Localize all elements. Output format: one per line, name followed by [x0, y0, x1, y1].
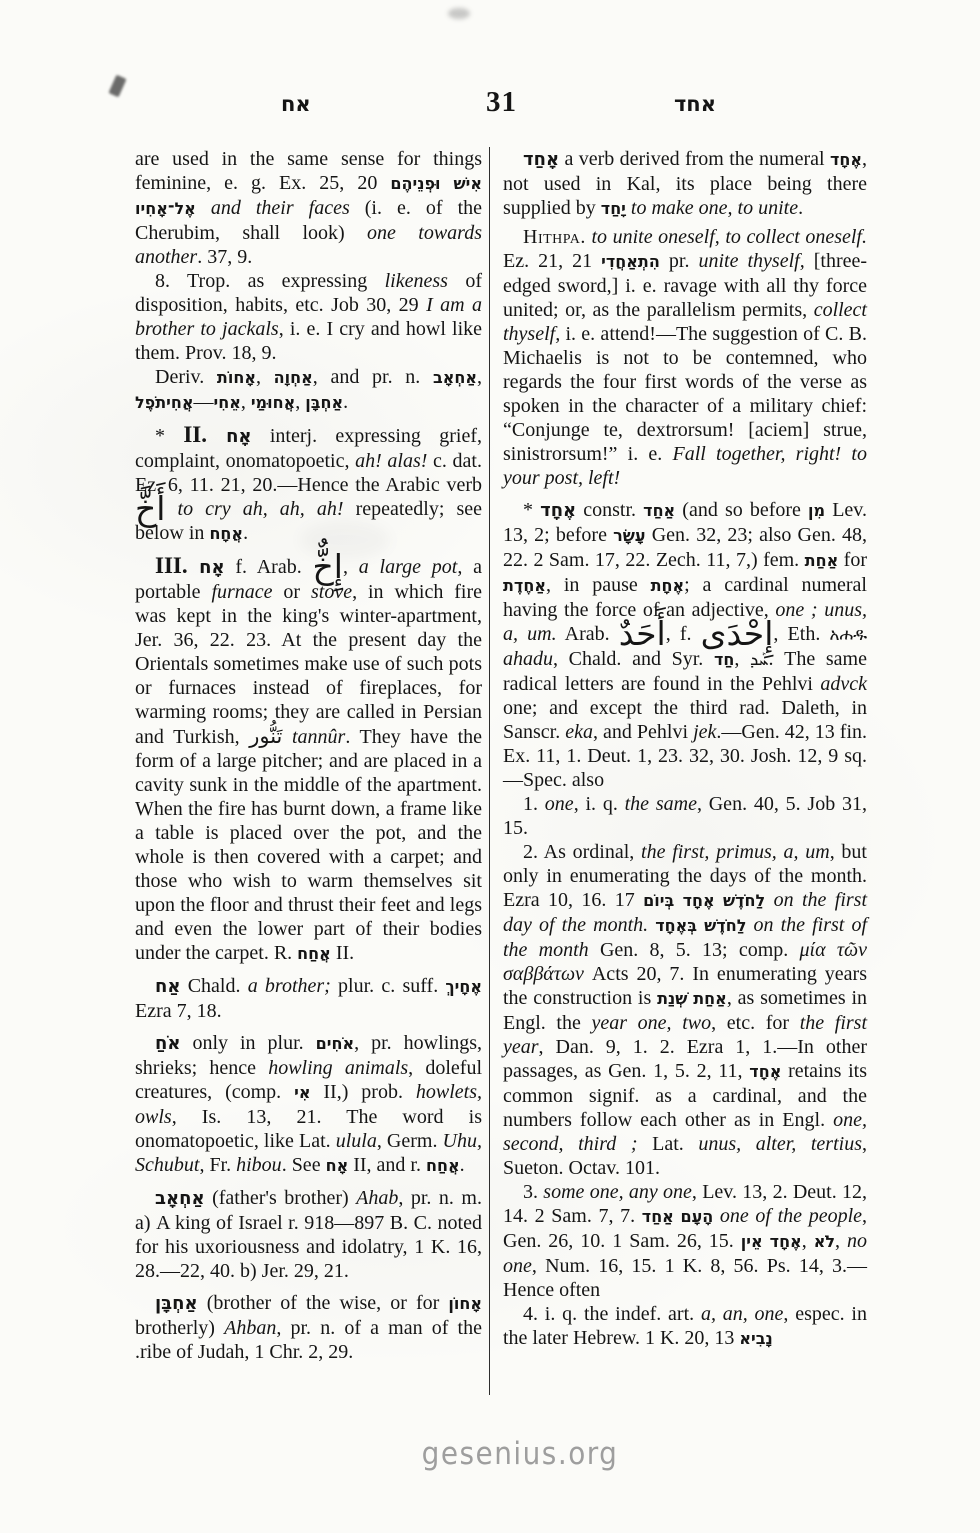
italic-text: stove — [311, 581, 352, 603]
text-run: Ez. 21, 21 — [503, 250, 601, 272]
hebrew-text: אֶחָד — [830, 150, 862, 169]
text-run: , f. — [666, 623, 701, 645]
hebrew-text: אֹחִים — [316, 1034, 355, 1053]
roman-numeral: III. — [155, 553, 199, 578]
hebrew-text: אֶחָיךְ — [445, 977, 482, 996]
hebrew-text: אֲחַח — [426, 1156, 460, 1175]
italic-text: likeness — [385, 270, 448, 292]
hebrew-text: אֶל־אָחִיו — [135, 199, 196, 218]
hebrew-text: חַד — [714, 650, 734, 669]
scan-smudge — [108, 75, 126, 98]
italic-text: ulula — [336, 1130, 377, 1152]
text-run: , and pr. n. — [313, 366, 433, 388]
text-run: 8. Trop. as expressing — [155, 270, 385, 292]
hebrew-headword: אַח — [155, 976, 180, 997]
hebrew-text: אֶחָד — [683, 891, 715, 910]
text-run: plur. c. suff. — [331, 975, 446, 997]
arabic-text: تَنُّور — [249, 724, 282, 748]
italic-text: Ahban — [224, 1317, 276, 1339]
text-run: Chald. — [180, 975, 247, 997]
ethiopic-text: አሐዱ — [829, 625, 867, 645]
hebrew-text: אֲחוּמַי — [251, 393, 295, 412]
text-run: , — [802, 1230, 814, 1252]
text-run: for — [838, 549, 867, 571]
hebrew-text: יָחַד — [601, 199, 626, 218]
text-run — [715, 889, 723, 911]
text-run: Arab. — [557, 623, 619, 645]
hebrew-text: אַחַת — [693, 989, 727, 1008]
scan-smudge — [448, 8, 470, 19]
text-run: , Chald. and Syr. — [553, 648, 714, 670]
left-column: are used in the same sense for things fe… — [135, 147, 482, 1395]
italic-text: a brother; — [248, 975, 331, 997]
italic-text: one — [545, 793, 574, 815]
text-run: , — [477, 366, 482, 388]
hebrew-text: לַחֹדֶשׁ — [723, 891, 765, 910]
hebrew-text: אֶחָד — [749, 1062, 781, 1081]
hebrew-text: לַחֹדֶשׁ — [704, 916, 746, 935]
paragraph: III. אָח f. Arab. إِخٌّ, a large pot, a … — [135, 554, 482, 966]
text-run: . They have the form of a large pitcher;… — [135, 726, 482, 964]
text-run: 1. — [523, 793, 545, 815]
text-run: (brother of the wise, or for — [198, 1292, 449, 1314]
text-block: are used in the same sense for things fe… — [135, 147, 868, 1395]
text-run: , — [256, 366, 274, 388]
text-run: — — [193, 391, 213, 413]
italic-text: to unite oneself, to collect oneself. — [586, 226, 867, 248]
italic-text: advck — [820, 673, 867, 695]
italic-text: a, an, one — [701, 1303, 783, 1325]
text-run: * — [523, 499, 540, 521]
hebrew-headword: אַחְאָב — [155, 1188, 205, 1209]
hebrew-headword: אַחְבָּן — [155, 1293, 198, 1314]
italic-text: the same — [625, 793, 697, 815]
italic-text: eka — [565, 721, 593, 743]
hebrew-text: לֹא — [814, 1232, 835, 1251]
paragraph: 3. some one, any one, Lev. 13, 2. Deut. … — [503, 1180, 867, 1302]
italic-text: tannûr — [282, 726, 345, 748]
paragraph: אַח Chald. a brother; plur. c. suff. אֶח… — [135, 974, 482, 1023]
text-run: II,) prob. — [310, 1081, 415, 1103]
paragraph: 4. i. q. the indef. art. a, an, one, esp… — [503, 1302, 867, 1351]
italic-text: ah! alas! — [355, 450, 427, 472]
hebrew-text: אִישׁ — [454, 174, 483, 193]
hebrew-text: אַחְאָב — [433, 368, 477, 387]
text-run: , Eth. — [773, 623, 829, 645]
italic-text: some one, any one — [543, 1181, 692, 1203]
italic-text: ahadu — [503, 648, 553, 670]
text-run: . See — [282, 1154, 326, 1176]
right-column: אָחַד a verb derived from the numeral אֶ… — [503, 147, 867, 1395]
text-run: 2. As ordinal, — [523, 841, 641, 863]
hebrew-text: אַחְוָה — [274, 368, 313, 387]
text-run: . — [460, 1154, 465, 1176]
text-run: , etc. for — [711, 1012, 800, 1034]
text-run: II, and r. — [348, 1154, 426, 1176]
text-run: , — [734, 648, 750, 670]
text-run: Gen. 8, 5. 13; comp. — [589, 939, 800, 961]
text-run: Lat. — [638, 1133, 699, 1155]
hebrew-text: וּפְנֵיהֶם — [390, 174, 440, 193]
hebrew-text: אַחְבָּן — [305, 393, 343, 412]
hebrew-text: אַחַד — [642, 1207, 674, 1226]
hebrew-text: אֵחִי — [213, 393, 240, 412]
hebrew-text: אֵין — [741, 1232, 763, 1251]
italic-text: hibou — [236, 1154, 282, 1176]
text-run: or — [273, 581, 311, 603]
hebrew-headword: אָח — [226, 426, 251, 447]
paragraph: אַחְבָּן (brother of the wise, or for אָ… — [135, 1291, 482, 1364]
hebrew-text: אֶחָת — [651, 576, 685, 595]
text-run: , — [241, 391, 251, 413]
paragraph: Hithpa. to unite oneself, to collect one… — [503, 225, 867, 490]
italic-text: furnace — [211, 581, 272, 603]
paragraph: אֹחַ only in plur. אֹחִים, pr. howlings,… — [135, 1031, 482, 1178]
hebrew-text: אַחַת — [805, 551, 839, 570]
text-run: . 37, 9. — [197, 246, 252, 268]
text-run: . — [343, 391, 348, 413]
paragraph: 8. Trop. as expressing likeness of dispo… — [135, 269, 482, 365]
italic-text: and their faces — [196, 197, 365, 219]
paragraph: * אֶחָד constr. אַחַד (and so before מִן… — [503, 498, 867, 792]
text-run — [440, 172, 453, 194]
italic-text: to cry ah, ah, ah! — [165, 498, 343, 520]
text-run: , — [835, 1230, 847, 1252]
text-run: , in which fire was kept in the king's w… — [135, 581, 482, 748]
text-run: , — [343, 556, 359, 578]
italic-text: the first, primus, a, um — [641, 841, 830, 863]
column-divider — [489, 147, 490, 1395]
text-run: (father's brother) — [205, 1187, 357, 1209]
paragraph: Deriv. אָחוֹת, אַחְוָה, and pr. n. אַחְא… — [135, 365, 482, 415]
hebrew-text: הִתְאַחֲדִי — [601, 252, 660, 271]
text-run: , Num. 16, 15. 1 K. 8, 56. Ps. 14, 3.—He… — [503, 1255, 867, 1301]
hebrew-headword: אֹחַ — [155, 1033, 180, 1054]
text-run: , and Pehlvi — [593, 721, 693, 743]
text-run: 4. i. q. the indef. art. — [523, 1303, 701, 1325]
paragraph: are used in the same sense for things fe… — [135, 147, 482, 269]
hebrew-text: אֲחָח — [209, 524, 243, 543]
text-run: constr. — [576, 499, 643, 521]
text-run: . — [798, 197, 803, 219]
hebrew-text: אַחֶדֶת — [503, 576, 546, 595]
header-right-keyword: אחד — [674, 92, 716, 116]
paragraph: 2. As ordinal, the first, primus, a, um,… — [503, 840, 867, 1180]
text-run: only in plur. — [180, 1032, 315, 1054]
hebrew-text: אַחַד — [643, 501, 675, 520]
hebrew-text: אֶחָד — [770, 1232, 802, 1251]
hebrew-headword: אָחַד — [523, 149, 559, 170]
hebrew-text: הָעָם — [680, 1207, 713, 1226]
text-run: , — [295, 391, 305, 413]
hebrew-text: שְׁנַת — [657, 989, 687, 1008]
hebrew-text: מִן — [808, 501, 825, 520]
text-run: , Fr. — [199, 1154, 236, 1176]
text-run: . — [243, 522, 248, 544]
italic-text: one of the people — [713, 1205, 862, 1227]
text-run — [763, 1230, 770, 1252]
text-run: Ezra 7, 18. — [135, 1000, 222, 1022]
page-number: 31 — [135, 86, 868, 119]
text-run: pr. — [660, 250, 699, 272]
page-header: אח 31 אחד — [135, 86, 868, 130]
italic-text: jek — [693, 721, 716, 743]
italic-text: howling animals — [268, 1057, 408, 1079]
scanned-page: אח 31 אחד are used in the same sense for… — [0, 0, 980, 1533]
text-run: , Germ. — [377, 1130, 443, 1152]
syriac-text: ܚܰܕ — [750, 650, 768, 670]
hebrew-text: עָשָׂר — [613, 526, 645, 545]
text-run: 3. — [523, 1181, 543, 1203]
hebrew-text: בְּאֶחָד — [655, 916, 697, 935]
text-run: , in pause — [546, 574, 651, 596]
hebrew-text: אָחוֹן — [448, 1294, 482, 1313]
paragraph: אָחַד a verb derived from the numeral אֶ… — [503, 147, 867, 221]
hebrew-text: אָחוֹת — [217, 368, 256, 387]
italic-text: unite thyself, — [698, 250, 804, 272]
text-run: (and so before — [675, 499, 808, 521]
text-run: f. Arab. — [225, 556, 313, 578]
text-run: brotherly) — [135, 1317, 224, 1339]
text-run: , i. q. — [574, 793, 625, 815]
paragraph: אַחְאָב (father's brother) Ahab, pr. n. … — [135, 1186, 482, 1283]
hebrew-headword: אָח — [199, 557, 224, 578]
hebrew-text: בְּיוֹם — [643, 891, 674, 910]
hebrew-headword: אֶחָד — [540, 500, 576, 521]
hebrew-text: אִי — [294, 1083, 310, 1102]
italic-text: a large pot — [359, 556, 458, 578]
italic-text: to make one, to unite — [626, 197, 798, 219]
text-run: a verb derived from the numeral — [559, 148, 830, 170]
paragraph: * II. אָח interj. expressing grief, comp… — [135, 423, 482, 546]
watermark-text: gesenius.org — [422, 1436, 619, 1472]
text-run: II. — [331, 942, 354, 964]
hebrew-text: אֲחִיתֹפֶל — [135, 393, 193, 412]
text-run: * — [155, 425, 183, 447]
hebrew-text: אָח — [326, 1156, 349, 1175]
roman-numeral: II. — [183, 422, 226, 447]
italic-text: Ahab — [356, 1187, 398, 1209]
text-run: Deriv. — [155, 366, 217, 388]
small-caps-text: Hithpa. — [523, 226, 586, 248]
italic-text: unus, alter, tertius — [698, 1133, 862, 1155]
text-run — [674, 889, 682, 911]
hebrew-text: אֲחַח — [297, 944, 331, 963]
paragraph: 1. one, i. q. the same, Gen. 40, 5. Job … — [503, 792, 867, 840]
italic-text: year one, two — [592, 1012, 712, 1034]
hebrew-text: נָבִיא — [739, 1329, 772, 1348]
